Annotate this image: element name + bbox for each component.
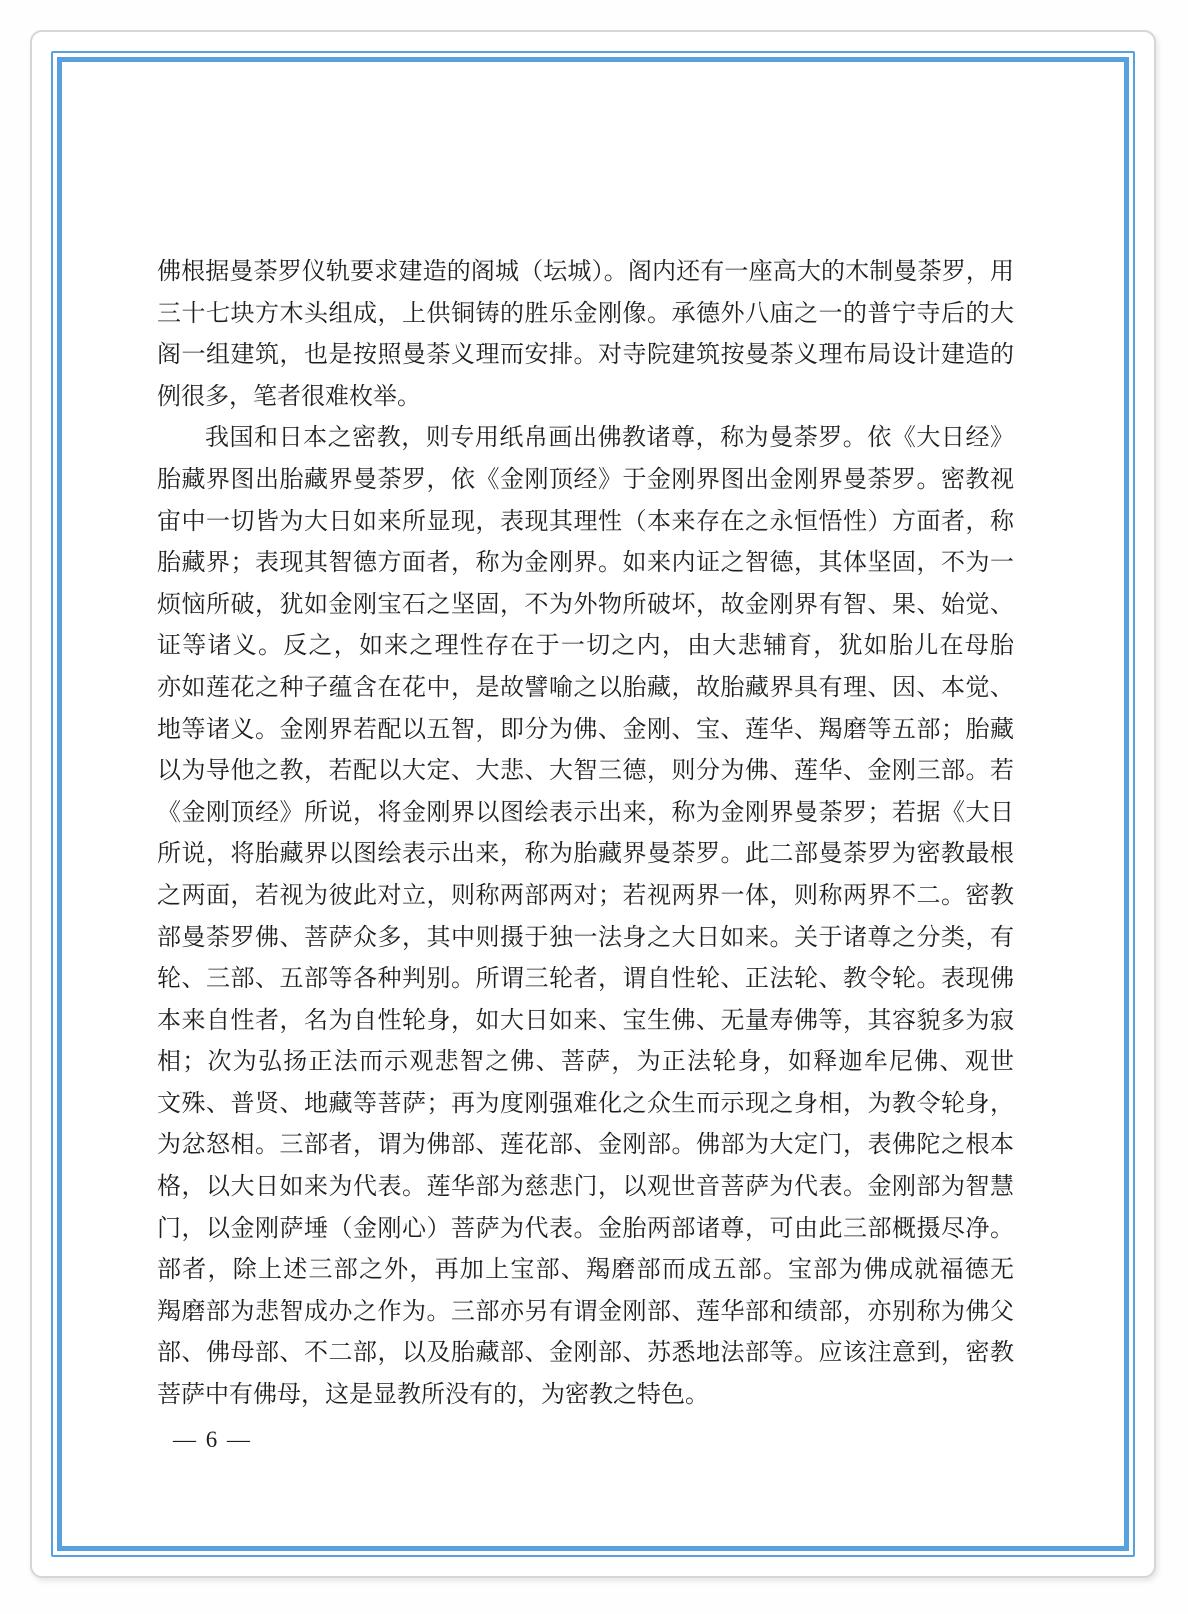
text-line: 胎藏界；表现其智德方面者，称为金刚界。如来内证之智德，其体坚固，不为一切 xyxy=(157,543,1014,585)
text-line: 证等诸义。反之，如来之理性存在于一切之内，由大悲辅育，犹如胎儿在母胎内， xyxy=(157,626,1014,668)
text-content: 佛根据曼荼罗仪轨要求建造的阁城（坛城）。阁内还有一座高大的木制曼荼罗，用三十七块… xyxy=(157,252,1014,1460)
text-line: 宙中一切皆为大日如来所显现，表现其理性（本来存在之永恒悟性）方面者，称为 xyxy=(157,502,1014,544)
text-line: 部者，除上述三部之外，再加上宝部、羯磨部而成五部。宝部为佛成就福德无边， xyxy=(157,1250,1014,1292)
text-line: 部、佛母部、不二部，以及胎藏部、金刚部、苏悉地法部等。应该注意到，密教诸 xyxy=(157,1333,1014,1375)
text-line: 部曼荼罗佛、菩萨众多，其中则摄于独一法身之大日如来。关于诸尊之分类，有三 xyxy=(157,918,1014,960)
text-line: 例很多，笔者很难枚举。 xyxy=(157,377,1014,419)
text-line: 本来自性者，名为自性轮身，如大日如来、宝生佛、无量寿佛等，其容貌多为寂定 xyxy=(157,1001,1014,1043)
text-line: 羯磨部为悲智成办之作为。三部亦另有谓金刚部、莲华部和绩部，亦别称为佛父 xyxy=(157,1292,1014,1334)
text-line: 烦恼所破，犹如金刚宝石之坚固，不为外物所破坏，故金刚界有智、果、始觉、自 xyxy=(157,585,1014,627)
text-line: 《金刚顶经》所说，将金刚界以图绘表示出来，称为金刚界曼荼罗；若据《大日经》 xyxy=(157,793,1014,835)
text-line: 所说，将胎藏界以图绘表示出来，称为胎藏界曼荼罗。此二部曼荼罗为密教最根本 xyxy=(157,834,1014,876)
text-line: 之两面，若视为彼此对立，则称两部两对；若视两界一体，则称两界不二。密教两 xyxy=(157,876,1014,918)
text-line: 以为导他之教，若配以大定、大悲、大智三德，则分为佛、莲华、金刚三部。若据 xyxy=(157,751,1014,793)
text-line: 我国和日本之密教，则专用纸帛画出佛教诸尊，称为曼荼罗。依《大日经》于 xyxy=(157,418,1014,460)
text-line: 地等诸义。金刚界若配以五智，即分为佛、金刚、宝、莲华、羯磨等五部；胎藏界 xyxy=(157,710,1014,752)
page-card: 佛根据曼荼罗仪轨要求建造的阁城（坛城）。阁内还有一座高大的木制曼荼罗，用三十七块… xyxy=(30,30,1156,1578)
text-line: 亦如莲花之种子蕴含在花中，是故譬喻之以胎藏，故胎藏界具有理、因、本觉、化 xyxy=(157,668,1014,710)
text-line: 相；次为弘扬正法而示观悲智之佛、菩萨，为正法轮身，如释迦牟尼佛、观世音、 xyxy=(157,1042,1014,1084)
scanned-book-page: 佛根据曼荼罗仪轨要求建造的阁城（坛城）。阁内还有一座高大的木制曼荼罗，用三十七块… xyxy=(0,0,1188,1614)
text-line: 文殊、普贤、地藏等菩萨；再为度刚强难化之众生而示现之身相，为教令轮身，均 xyxy=(157,1084,1014,1126)
text-line: 菩萨中有佛母，这是显教所没有的，为密教之特色。 xyxy=(157,1375,1014,1417)
text-line: 轮、三部、五部等各种判别。所谓三轮者，谓自性轮、正法轮、教令轮。表现佛陀 xyxy=(157,959,1014,1001)
paragraph: 佛根据曼荼罗仪轨要求建造的阁城（坛城）。阁内还有一座高大的木制曼荼罗，用三十七块… xyxy=(157,252,1014,418)
text-line: 门，以金刚萨埵（金刚心）菩萨为代表。金胎两部诸尊，可由此三部概摄尽净。五 xyxy=(157,1209,1014,1251)
page-number: — 6 — xyxy=(157,1419,1014,1461)
text-line: 三十七块方木头组成，上供铜铸的胜乐金刚像。承德外八庙之一的普宁寺后的大乘 xyxy=(157,294,1014,336)
text-line: 阁一组建筑，也是按照曼荼义理而安排。对寺院建筑按曼荼义理布局设计建造的实 xyxy=(157,335,1014,377)
text-line: 为忿怒相。三部者，谓为佛部、莲花部、金刚部。佛部为大定门，表佛陀之根本佛 xyxy=(157,1125,1014,1167)
text-line: 格，以大日如来为代表。莲华部为慈悲门，以观世音菩萨为代表。金刚部为智慧 xyxy=(157,1167,1014,1209)
text-line: 佛根据曼荼罗仪轨要求建造的阁城（坛城）。阁内还有一座高大的木制曼荼罗，用 xyxy=(157,252,1014,294)
text-line: 胎藏界图出胎藏界曼荼罗，依《金刚顶经》于金刚界图出金刚界曼荼罗。密教视宇 xyxy=(157,460,1014,502)
paragraph: 我国和日本之密教，则专用纸帛画出佛教诸尊，称为曼荼罗。依《大日经》于胎藏界图出胎… xyxy=(157,418,1014,1416)
